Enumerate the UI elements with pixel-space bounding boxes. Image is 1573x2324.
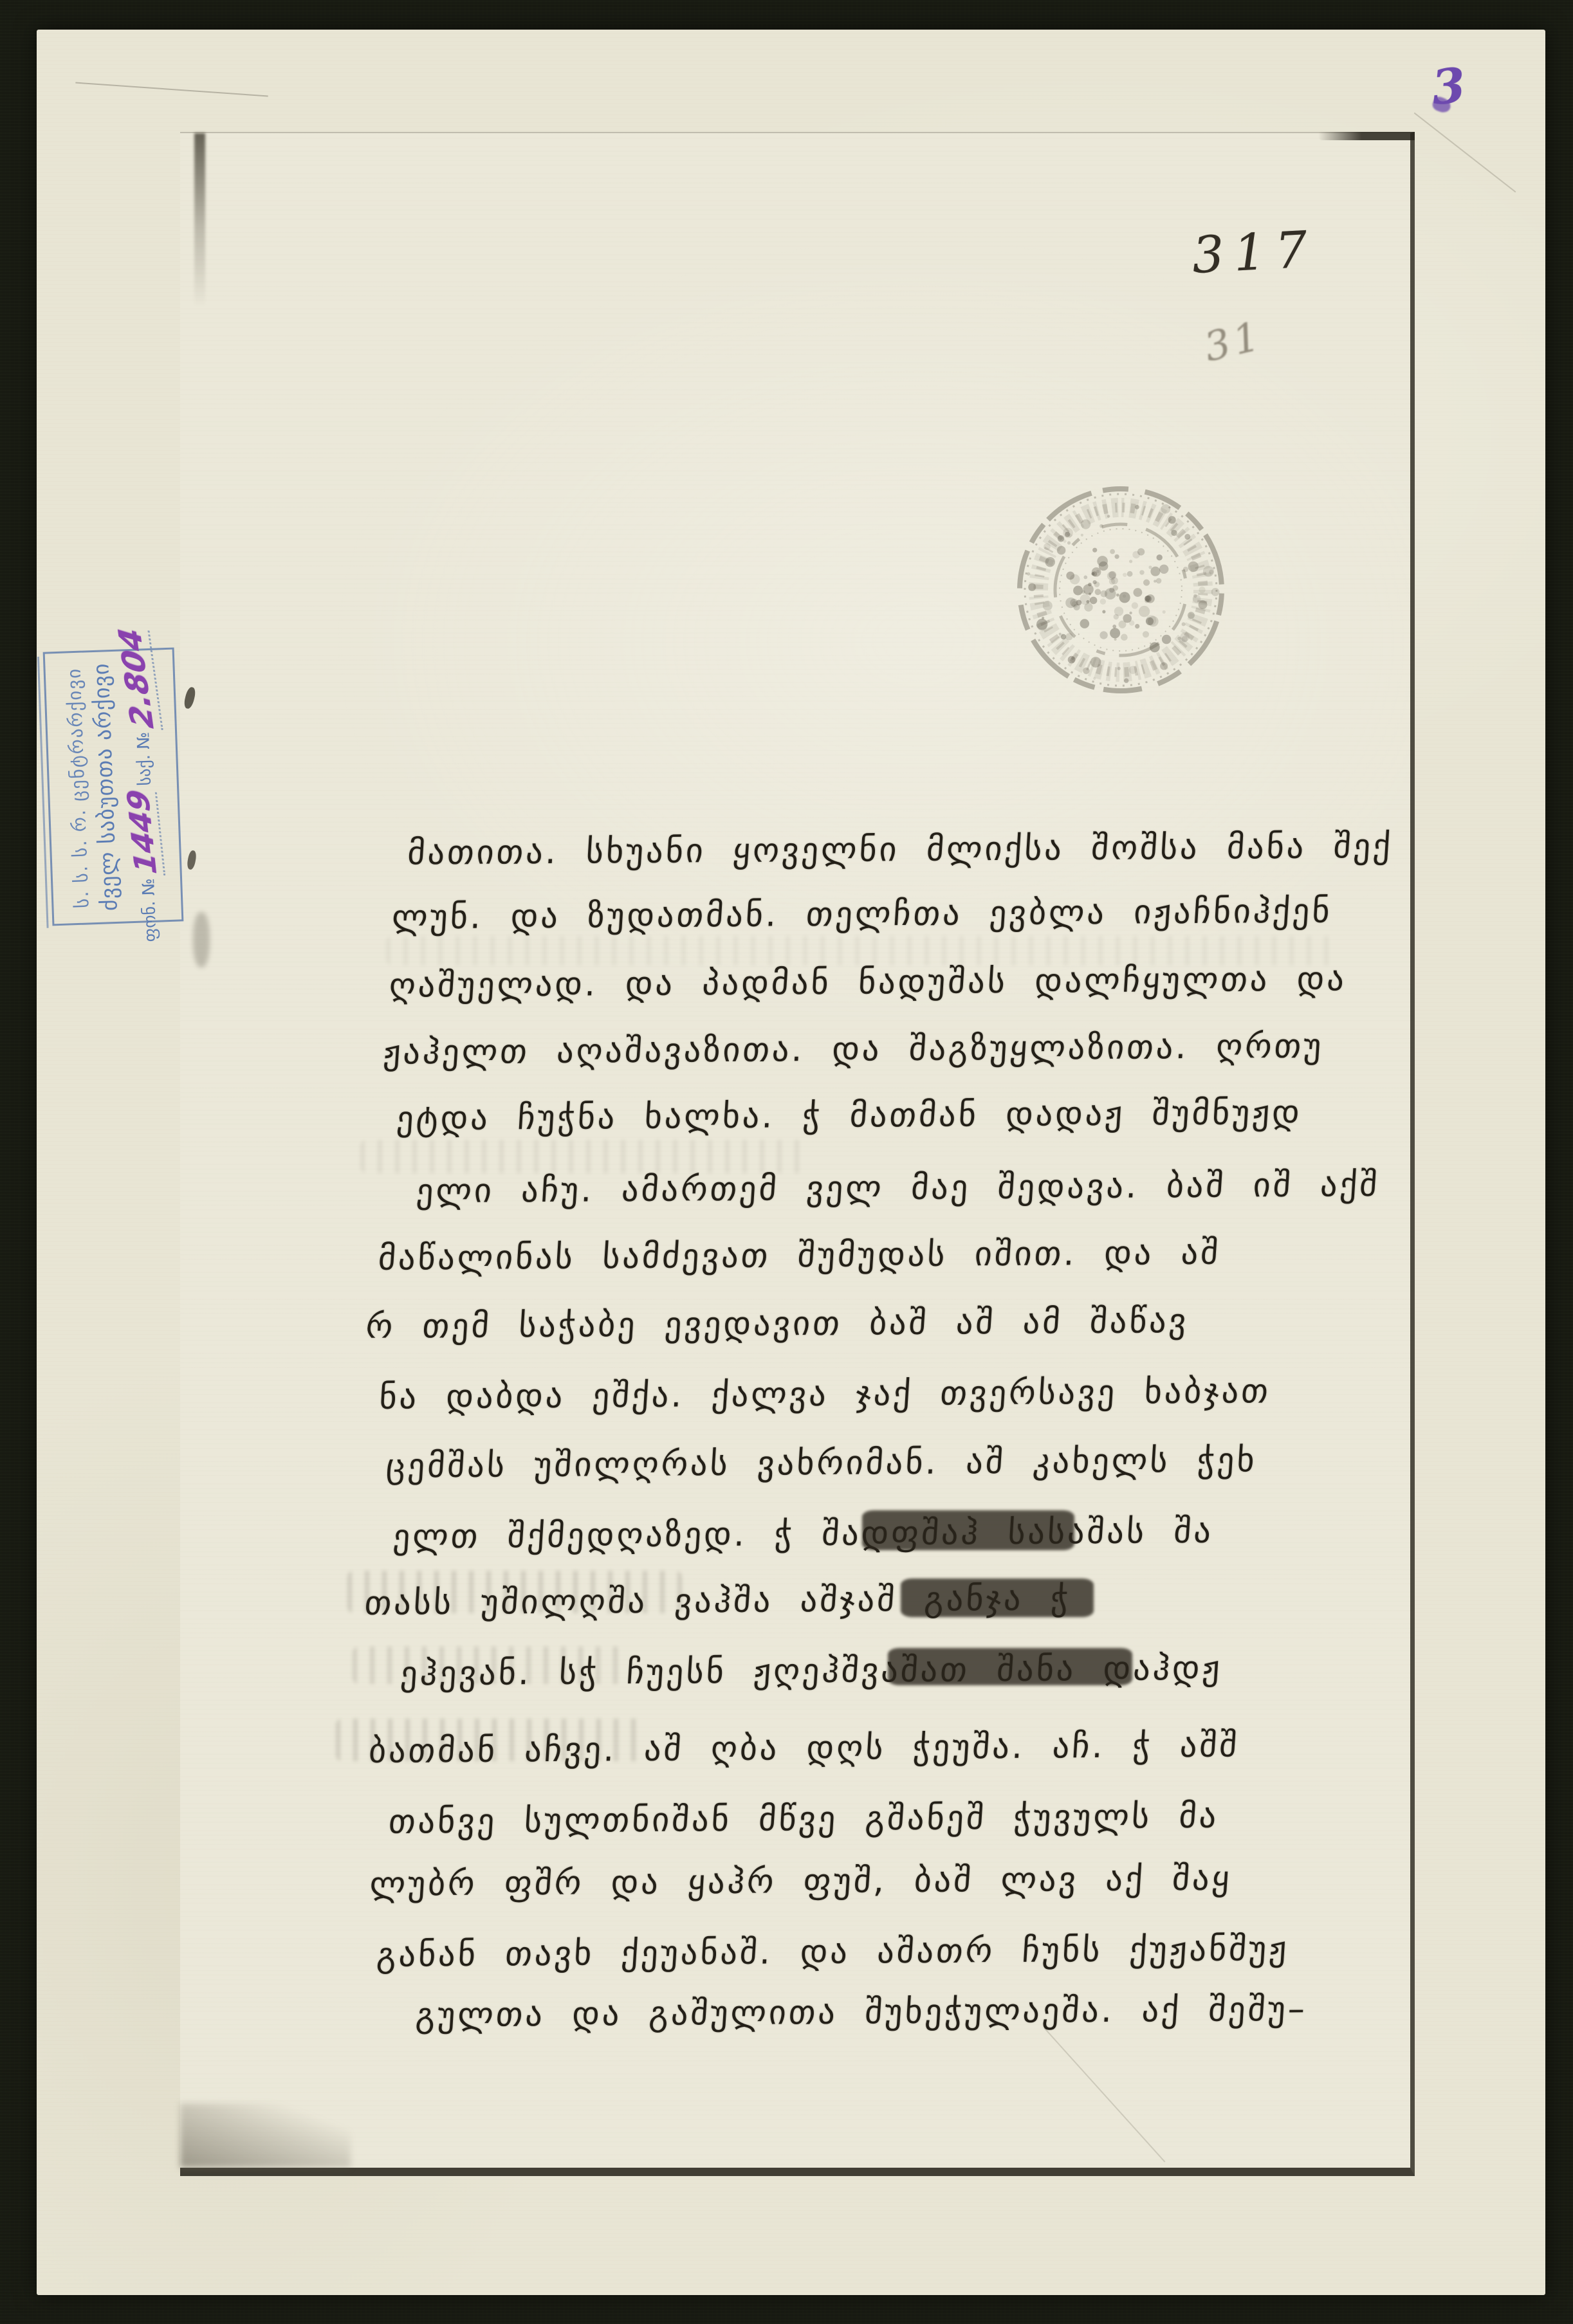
- stamp-subtitle: ძველ საბუთთა არქივი: [88, 663, 122, 911]
- manuscript-line: ეტდა ჩუჭნა ხალხა. ჭ მათმან დადაჟ შუმნუჟდ: [360, 1086, 1457, 1144]
- ink-ghost: [360, 1140, 811, 1173]
- ink-smudge: [193, 912, 210, 967]
- stamp-title: ს. ს. ს. რ. ცენტრარქივი: [62, 667, 93, 908]
- ink-ghost: [347, 1571, 682, 1613]
- manuscript-line: ცემშას უშილღრას ვახრიმან. აშ კახელს ჭეხ: [362, 1434, 1459, 1492]
- manuscript-line: რ თემ საჭაბე ევედავით ბაშ აშ ამ შაწავ: [361, 1294, 1458, 1352]
- circular-ink-seal: [1010, 479, 1232, 701]
- stamp-numbers-row: ფონ. № 1449 საქ. № 2.804: [116, 628, 165, 942]
- scribble-mark: [862, 1510, 1074, 1550]
- folio-number: 317: [1191, 221, 1318, 285]
- fond-number: 1449: [120, 789, 165, 875]
- ink-ghost: [336, 1719, 645, 1761]
- photo-corner-shadow-top-left: [194, 133, 205, 307]
- manuscript-line: განან თავხ ქეუანაშ. და აშათრ ჩუნს ქუჟანშ…: [365, 1923, 1462, 1981]
- scratch-line: [75, 82, 268, 97]
- ink-ghost: [353, 1647, 623, 1684]
- manuscript-line: ლუნ. და ზუდათმან. თელჩთა ევბლა იჟაჩნიჰქე…: [358, 885, 1455, 943]
- scratch-line: [1414, 113, 1516, 193]
- photo-corner-shadow-bottom-left: [180, 2103, 351, 2168]
- photo-corner-shadow-top-right: [1318, 132, 1415, 140]
- manuscript-line: ლუბრ ფშრ და ყაჰრ ფუშ, ბაშ ლავ აქ შაყ: [365, 1852, 1462, 1910]
- ink-ghost: [386, 936, 1338, 965]
- manuscript-line: თანვე სულთნიშან მწვე გშანეშ ჭუვულს მა: [365, 1789, 1462, 1847]
- archive-stamp-text: ს. ს. ს. რ. ცენტრარქივი ძველ საბუთთა არქ…: [45, 648, 182, 926]
- manuscript-text: მათითა. სხუანი ყოველნი მლიქსა შოშსა მანა…: [359, 818, 1461, 2060]
- manuscript-line: ჟაჰელთ აღაშავაზითა. და შაგზუყლაზითა. ღრთ…: [359, 1020, 1456, 1078]
- manuscript-line: მაწალინას სამძევათ შუმუდას იშით. და აშ: [361, 1226, 1458, 1284]
- manuscript-line: ნა დაბდა ეშქა. ქალვა ჯაქ თვერსავე ხაბჯათ: [362, 1365, 1458, 1423]
- fond-label: ფონ. №: [139, 878, 160, 942]
- archive-stamp: ს. ს. ს. რ. ცენტრარქივი ძველ საბუთთა არქ…: [43, 648, 184, 926]
- case-label: საქ. №: [134, 731, 155, 786]
- scribble-mark: [901, 1578, 1094, 1617]
- manuscript-line: მათითა. სხუანი ყოველნი მლიქსა შოშსა მანა…: [358, 821, 1455, 879]
- scan-background: 317 31 3 ს. ს. ს. რ. ცენტრარქივი ძველ სა…: [0, 0, 1573, 2324]
- scribble-mark: [888, 1648, 1132, 1685]
- manuscript-line: გულთა და გაშულითა შუხეჭულაეშა. აქ შეშუ–: [366, 1983, 1463, 2041]
